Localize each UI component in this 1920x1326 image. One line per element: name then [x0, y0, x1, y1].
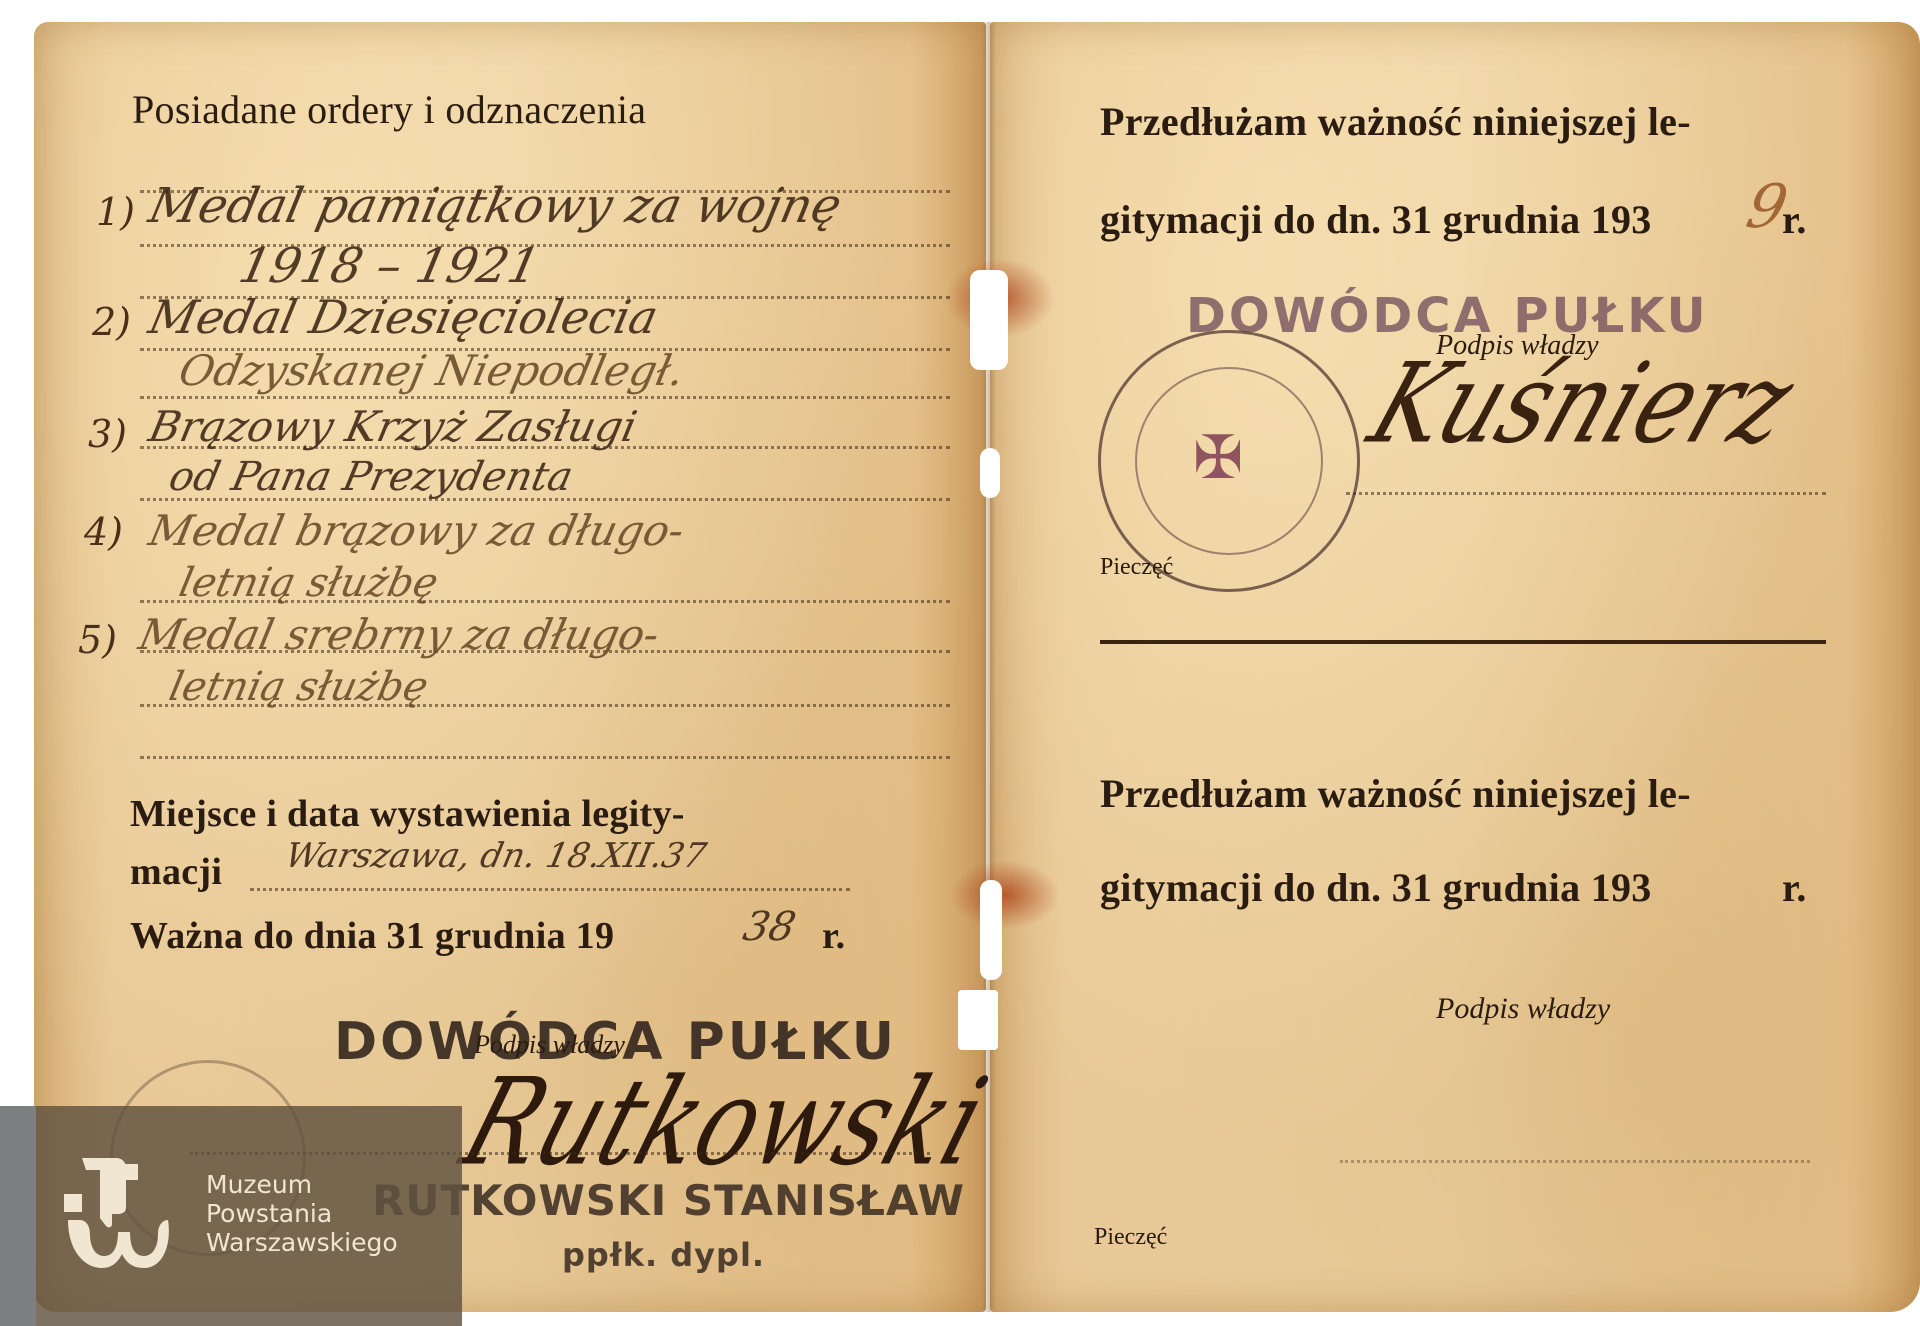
commander-signature: Rutkowski	[447, 1052, 1001, 1192]
section-divider	[1100, 640, 1826, 644]
valid-label: Ważna do dnia 31 grudnia 19	[130, 914, 614, 958]
award-line: Medal Dziesięciolecia	[144, 290, 663, 344]
extension-1-line1: Przedłużam ważność niniejszej le-	[1100, 98, 1691, 145]
issue-label: Miejsce i data wystawienia legity-	[130, 792, 685, 836]
kotwica-logo-icon	[60, 1146, 190, 1276]
staple-hole	[970, 270, 1008, 370]
extension-1-suffix: r.	[1782, 196, 1807, 243]
watermark-line: Warszawskiego	[206, 1228, 398, 1257]
award-line: letnią służbę	[165, 664, 432, 710]
eagle-emblem-icon: ✠	[1193, 423, 1243, 493]
regiment-seal: ✠	[1098, 330, 1360, 592]
dotted-rule	[1346, 492, 1826, 495]
valid-year: 38	[739, 904, 800, 950]
extension-1-line2: gitymacji do dn. 31 grudnia 193	[1100, 196, 1652, 243]
award-line: Medal srebrny za długo-	[135, 610, 664, 659]
award-line: letnią służbę	[175, 560, 442, 606]
seal-label: Pieczęć	[1100, 554, 1173, 581]
seal-label: Pieczęć	[1094, 1224, 1167, 1251]
award-line: od Pana Prezydenta	[165, 454, 577, 500]
dotted-rule	[250, 888, 850, 891]
award-number: 3)	[88, 412, 127, 456]
signature-label: Podpis władzy	[1436, 992, 1610, 1026]
dotted-rule	[140, 396, 950, 399]
watermark-line: Powstania	[206, 1199, 332, 1228]
staple-hole	[980, 448, 1000, 498]
issue-value: Warszawa, dn. 18.XII.37	[282, 836, 710, 876]
award-line: Brązowy Krzyż Zasługi	[145, 402, 641, 451]
staple-hole	[980, 880, 1002, 980]
award-line: 1918 – 1921	[234, 238, 545, 294]
extension-2-line2: gitymacji do dn. 31 grudnia 193	[1100, 864, 1652, 911]
watermark-edge	[0, 1106, 36, 1326]
watermark-line: Muzeum	[206, 1170, 312, 1199]
award-number: 1)	[96, 190, 135, 234]
rank-stamp: ppłk. dypl.	[562, 1236, 765, 1274]
award-line: Medal pamiątkowy za wojnę	[144, 178, 846, 234]
award-line: Odzyskanej Niepodległ.	[175, 346, 689, 395]
staple-hole	[958, 990, 998, 1050]
valid-suffix: r.	[822, 914, 845, 958]
extension-2-line1: Przedłużam ważność niniejszej le-	[1100, 770, 1691, 817]
extension-2-suffix: r.	[1782, 864, 1807, 911]
awards-heading: Posiadane ordery i odznaczenia	[132, 86, 646, 133]
extension-1-signature: Kuśnierz	[1355, 339, 1810, 467]
dotted-rule	[1340, 1160, 1810, 1163]
issue-label-cont: macji	[130, 850, 222, 894]
award-number: 4)	[84, 510, 123, 554]
award-number: 2)	[92, 300, 131, 344]
binding-spine	[982, 22, 996, 1312]
rust-stain	[950, 860, 1060, 930]
award-number: 5)	[78, 618, 117, 662]
dotted-rule	[140, 756, 950, 759]
award-line: Medal brązowy za długo-	[145, 506, 689, 555]
